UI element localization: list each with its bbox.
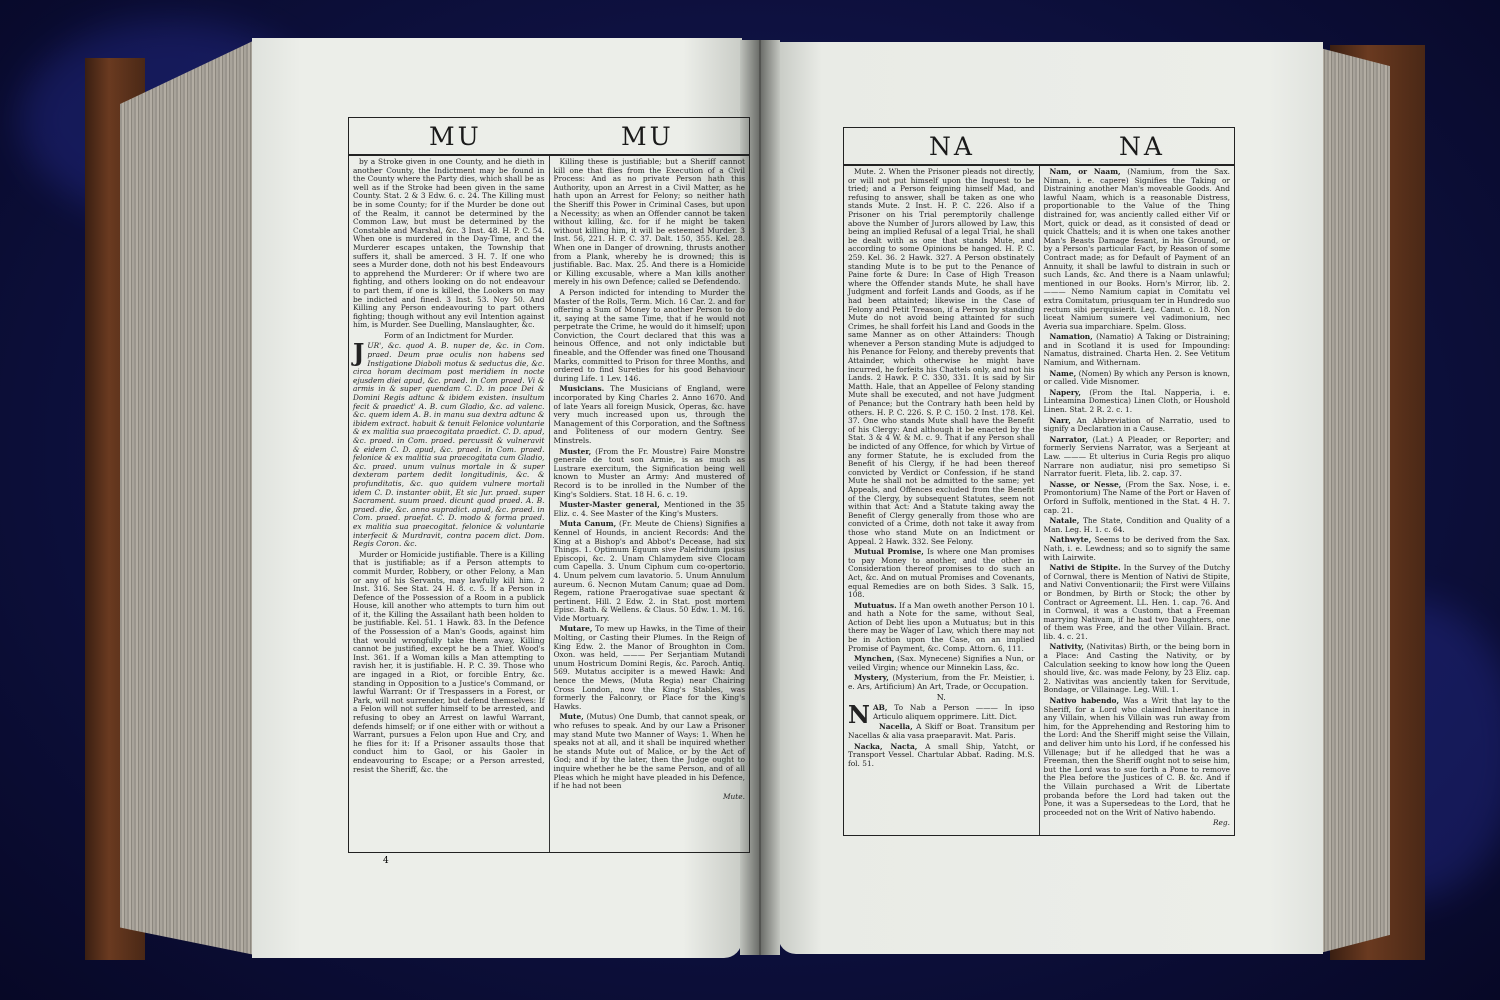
paragraph: Mute. 2. When the Prisoner pleads not di… <box>848 168 1035 546</box>
running-head: NA NA <box>844 128 1234 166</box>
right-page-column-1: Mute. 2. When the Prisoner pleads not di… <box>844 166 1039 835</box>
entry-nacka: Nacka, Nacta, A small Ship, Yatcht, or T… <box>848 743 1035 769</box>
entry-napery: Napery, (From the Ital. Napperia, i. e. … <box>1044 389 1231 415</box>
entry-musicians: Musicians. The Musicians of England, wer… <box>554 385 746 445</box>
running-head-left: NA <box>929 132 975 161</box>
catchword: Reg. <box>1044 819 1231 828</box>
entry-narrator: Narrator, (Lat.) A Pleader, or Reporter;… <box>1044 436 1231 479</box>
paragraph: Killing these is justifiable; but a Sher… <box>554 158 746 287</box>
entry-namation: Namation, (Namatio) A Taking or Distrain… <box>1044 333 1231 367</box>
entry-nativi: Nativi de Stipite. In the Survey of the … <box>1044 564 1231 641</box>
page-edges-left <box>120 40 255 955</box>
entry-muta-canum: Muta Canum, (Fr. Meute de Chiens) Signif… <box>554 520 746 623</box>
left-page-column-1: by a Stroke given in one County, and he … <box>349 156 549 852</box>
entry-nasse: Nasse, or Nesse, (From the Sax. Nose, i.… <box>1044 481 1231 515</box>
indictment-form-text: UR', &c. quod A. B. nuper de, &c. in Com… <box>353 341 545 548</box>
entry-natale: Natale, The State, Condition and Quality… <box>1044 517 1231 534</box>
entry-nathwyte: Nathwyte, Seems to be derived from the S… <box>1044 536 1231 562</box>
left-page-column-2: Killing these is justifiable; but a Sher… <box>549 156 750 852</box>
entry-narr: Narr, An Abbreviation of Narratio, used … <box>1044 417 1231 434</box>
entry-muster-master: Muster-Master general, Mentioned in the … <box>554 501 746 518</box>
page-number: 4 <box>383 856 389 866</box>
entry-muster: Muster, (From the Fr. Moustre) Faire Mon… <box>554 448 746 500</box>
right-page-column-2: Nam, or Naam, (Namium, from the Sax. Nim… <box>1039 166 1235 835</box>
left-page-text-frame: MU MU by a Stroke given in one County, a… <box>348 117 750 853</box>
entry-mute: Mute, (Mutus) One Dumb, that cannot spea… <box>554 713 746 790</box>
paragraph: by a Stroke given in one County, and he … <box>353 158 545 330</box>
right-page-text-frame: NA NA Mute. 2. When the Prisoner pleads … <box>843 127 1235 836</box>
section-letter: N. <box>848 694 1035 703</box>
entry-nativity: Nativity, (Nativitas) Birth, or the bein… <box>1044 643 1231 695</box>
entry-nacella: Nacella, A Skiff or Boat. Transitum per … <box>848 723 1035 740</box>
running-head-left: MU <box>429 122 482 151</box>
entry-name: Name, (Nomen) By which any Person is kno… <box>1044 370 1231 387</box>
entry-mutare: Mutare, To mew up Hawks, in the Time of … <box>554 625 746 711</box>
drop-cap: N <box>848 705 870 725</box>
running-head: MU MU <box>349 118 749 156</box>
running-head-right: NA <box>1119 132 1165 161</box>
form-title: Form of an Indictment for Murder. <box>353 332 545 341</box>
catchword: Mute. <box>554 793 746 802</box>
entry-mynchen: Mynchen, (Sax. Mynecene) Signifies a Nun… <box>848 655 1035 672</box>
paragraph: Murder or Homicide justifiable. There is… <box>353 551 545 774</box>
entry-mutuatus: Mutuatus. If a Man oweth another Person … <box>848 602 1035 654</box>
paragraph: A Person indicted for intending to Murde… <box>554 289 746 384</box>
page-edges-right <box>1320 48 1390 953</box>
entry-mystery: Mystery, (Mysterium, from the Fr. Meisti… <box>848 674 1035 691</box>
entry-nam: Nam, or Naam, (Namium, from the Sax. Nim… <box>1044 168 1231 331</box>
entry-nativo-habendo: Nativo habendo, Was a Writ that lay to t… <box>1044 697 1231 817</box>
entry-nab: NAB, To Nab a Person ——— In ipso Articul… <box>848 704 1035 721</box>
drop-cap: J <box>353 343 364 363</box>
entry-mutual-promise: Mutual Promise, Is where one Man promise… <box>848 548 1035 600</box>
running-head-right: MU <box>621 122 674 151</box>
